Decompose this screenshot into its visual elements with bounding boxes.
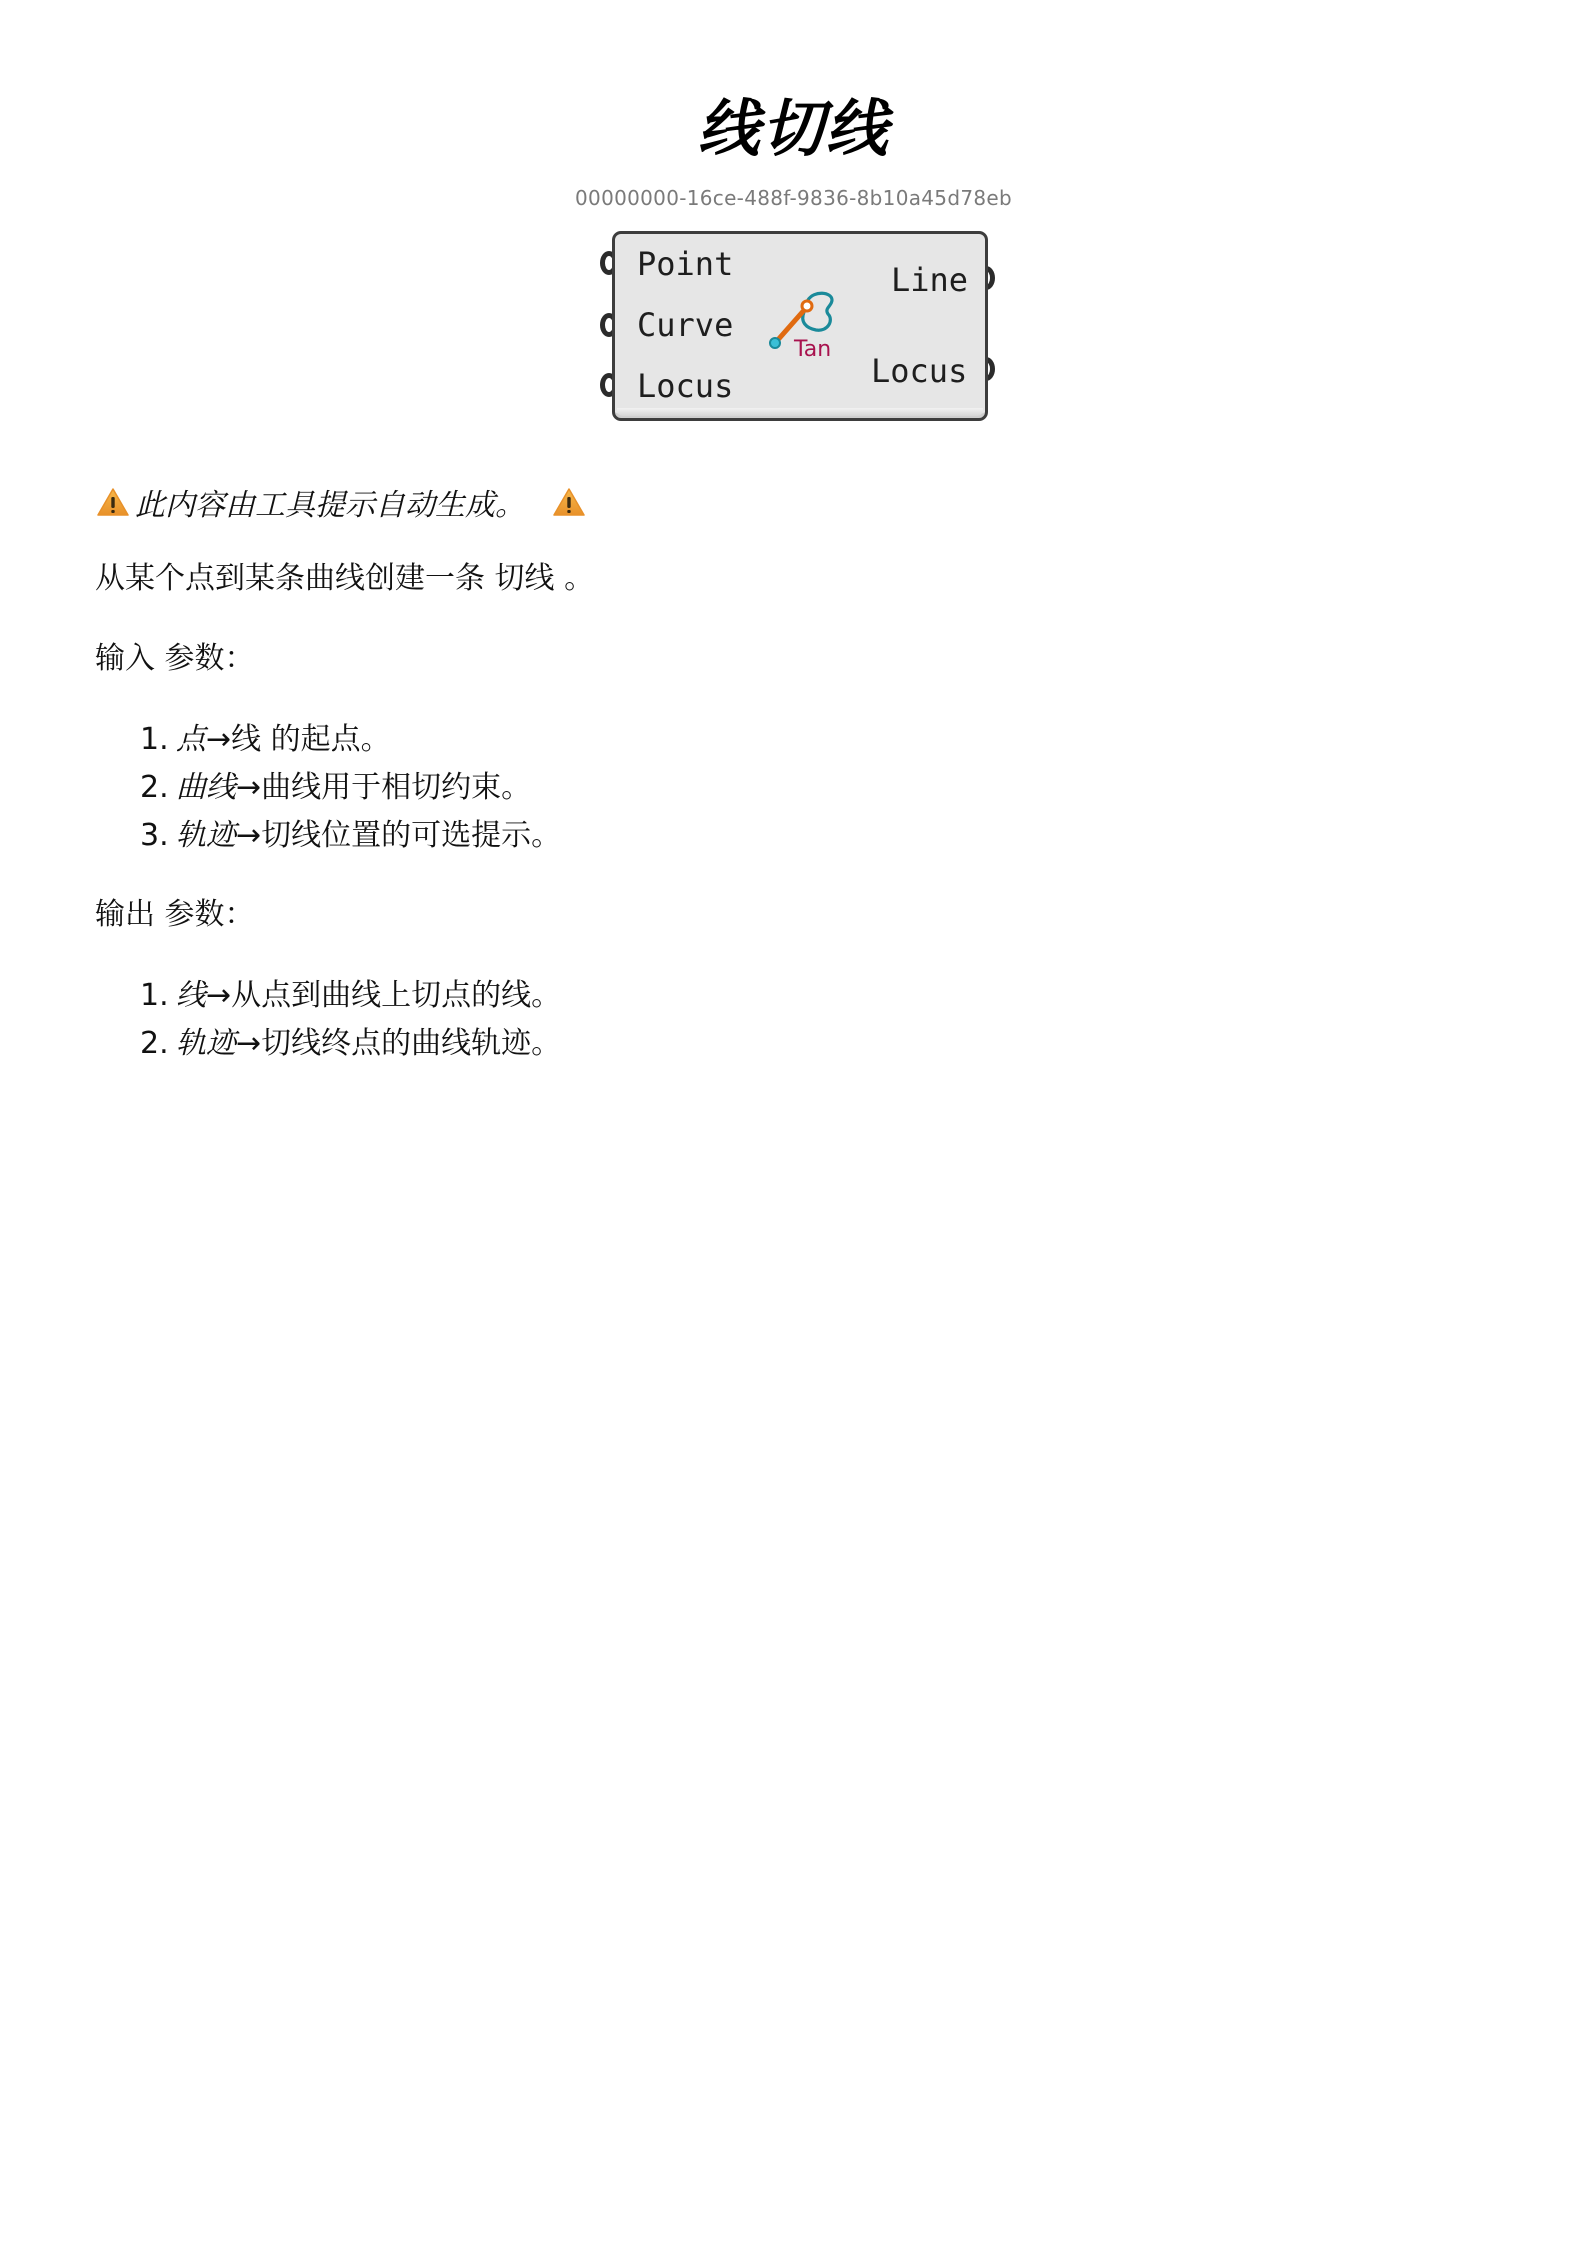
outputs-list: 1.线→从点到曲线上切点的线。 2.轨迹→切线终点的曲线轨迹。: [140, 972, 561, 1068]
outputs-heading: 输出 参数：: [95, 897, 255, 933]
param-description: 曲线用于相切约束。: [261, 770, 531, 805]
arrow: →: [236, 818, 261, 853]
output-label-locus: Locus: [871, 355, 967, 387]
item-number: 1.: [140, 716, 176, 764]
param-description: 切线位置的可选提示。: [261, 818, 561, 853]
icon-label: Tan: [793, 337, 831, 360]
item-number: 2.: [140, 764, 176, 812]
input-param-item: 2.曲线→曲线用于相切约束。: [140, 764, 561, 812]
input-param-item: 1.点→线 的起点。: [140, 716, 561, 764]
arrow: →: [206, 978, 231, 1013]
input-param-item: 3.轨迹→切线位置的可选提示。: [140, 812, 561, 860]
output-param-item: 2.轨迹→切线终点的曲线轨迹。: [140, 1020, 561, 1068]
input-label-point: Point: [637, 248, 733, 280]
warning-icon: [97, 487, 129, 517]
notice-text: 此内容由工具提示自动生成。: [135, 480, 525, 524]
output-param-item: 1.线→从点到曲线上切点的线。: [140, 972, 561, 1020]
param-name: 曲线: [176, 770, 236, 805]
param-name: 线: [176, 978, 206, 1013]
param-name: 点: [176, 722, 206, 757]
inputs-list: 1.点→线 的起点。 2.曲线→曲线用于相切约束。 3.轨迹→切线位置的可选提示…: [140, 716, 561, 860]
item-number: 3.: [140, 812, 176, 860]
param-name: 轨迹: [176, 818, 236, 853]
param-description: 切线终点的曲线轨迹。: [261, 1026, 561, 1061]
input-label-locus: Locus: [637, 370, 733, 402]
param-description: 线 的起点。: [231, 722, 391, 757]
component-description: 从某个点到某条曲线创建一条 切线 。: [95, 561, 594, 597]
inputs-heading: 输入 参数：: [95, 641, 255, 677]
arrow: →: [236, 770, 261, 805]
tangent-line-icon: Tan: [766, 288, 848, 360]
warning-icon: [553, 487, 585, 517]
param-description: 从点到曲线上切点的线。: [231, 978, 561, 1013]
input-label-curve: Curve: [637, 309, 733, 341]
item-number: 1.: [140, 972, 176, 1020]
component-bottom-bevel: [617, 408, 983, 416]
component-guid: 00000000-16ce-488f-9836-8b10a45d78eb: [0, 186, 1587, 210]
item-number: 2.: [140, 1020, 176, 1068]
arrow: →: [206, 722, 231, 757]
param-name: 轨迹: [176, 1026, 236, 1061]
output-label-line: Line: [891, 264, 968, 296]
auto-generated-notice: 此内容由工具提示自动生成。: [97, 480, 585, 524]
arrow: →: [236, 1026, 261, 1061]
page-title: 线切线: [0, 98, 1587, 160]
